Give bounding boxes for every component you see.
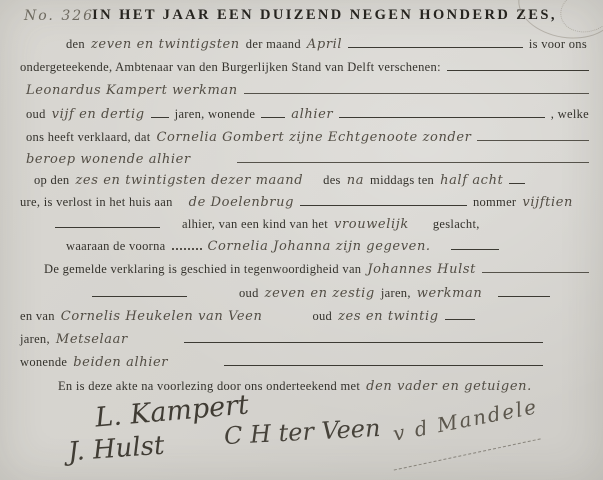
- handwritten-house-number: vijftien: [522, 195, 573, 210]
- handwritten-day: zeven en twintigsten: [91, 37, 240, 52]
- printed-text: middags ten: [370, 173, 434, 188]
- printed-text: wonende: [20, 355, 67, 370]
- printed-text: De gemelde verklaring is geschied in teg…: [44, 262, 361, 277]
- birth-house-line: ure, is verlost in het huis aan de Doele…: [20, 195, 573, 210]
- pen-squiggle: [172, 243, 202, 250]
- witness1-details-line: oud zeven en zestig jaren, werkman: [92, 286, 589, 301]
- witness2-line: en van Cornelis Heukelen van Veen oud ze…: [20, 309, 573, 324]
- printed-text: ure, is verlost in het huis aan: [20, 195, 173, 210]
- blank-rule: [224, 362, 543, 366]
- printed-text: geslacht,: [433, 217, 480, 232]
- handwritten-declarant-name: Leonardus Kampert werkman: [26, 83, 238, 98]
- child-names-line: waaraan de voorna Cornelia Johanna zijn …: [66, 239, 543, 254]
- blank-rule: [477, 137, 589, 141]
- handwritten-birth-date: zes en twintigsten dezer maand: [75, 173, 303, 188]
- birth-certificate-scan: No. 326 IN HET JAAR EEN DUIZEND NEGEN HO…: [0, 0, 603, 480]
- handwritten-month: April: [307, 37, 342, 52]
- handwritten-street: de Doelenbrug: [189, 195, 294, 210]
- printed-text: ons heeft verklaard, dat: [26, 130, 151, 145]
- handwritten-witness2-age: zes en twintig: [338, 309, 439, 324]
- handwritten-witness1-occupation: werkman: [417, 286, 483, 301]
- handwritten-closing: den vader en getuigen.: [366, 379, 532, 394]
- printed-text: en van: [20, 309, 55, 324]
- printed-text: jaren,: [381, 286, 411, 301]
- handwritten-gender: vrouwelijk: [334, 217, 409, 232]
- document-title: IN HET JAAR EEN DUIZEND NEGEN HONDERD ZE…: [0, 7, 603, 24]
- blank-rule: [509, 180, 525, 184]
- printed-text: , welke: [551, 107, 589, 122]
- blank-rule: [92, 293, 187, 297]
- blank-rule: [445, 316, 475, 320]
- printed-text: jaren,: [20, 332, 50, 347]
- handwritten-child-names: Cornelia Johanna zijn gegeven.: [208, 239, 431, 254]
- printed-text: des: [323, 173, 341, 188]
- blank-rule: [55, 224, 160, 228]
- declarant-line: Leonardus Kampert werkman: [26, 83, 589, 98]
- handwritten-witness1-name: Johannes Hulst: [367, 262, 476, 277]
- child-gender-line: alhier, van een kind van het vrouwelijk …: [55, 217, 519, 232]
- printed-text: jaren, wonende: [175, 107, 256, 122]
- mother-continuation-line: beroep wonende alhier: [26, 152, 589, 167]
- signature-witness1: J. Hulst: [67, 431, 165, 468]
- witness2-details-line: jaren, Metselaar: [20, 332, 543, 347]
- printed-text: oud: [312, 309, 332, 324]
- blank-rule: [498, 293, 550, 297]
- handwritten-witness2-occupation: Metselaar: [56, 332, 128, 347]
- declarant-age-line: oud vijf en dertig jaren, wonende alhier…: [26, 107, 589, 122]
- closing-line: En is deze akte na voorlezing door ons o…: [58, 379, 589, 394]
- handwritten-residence: alhier: [291, 107, 333, 122]
- official-line: ondergeteekende, Ambtenaar van den Burge…: [20, 60, 589, 75]
- printed-text: alhier, van een kind van het: [182, 217, 328, 232]
- printed-text: waaraan de voorna: [66, 239, 166, 254]
- blank-rule: [244, 90, 589, 94]
- handwritten-witnesses-residence: beiden alhier: [73, 355, 168, 370]
- handwritten-witness1-age: zeven en zestig: [265, 286, 375, 301]
- blank-rule: [451, 246, 499, 250]
- printed-text: oud: [239, 286, 259, 301]
- handwritten-age: vijf en dertig: [52, 107, 145, 122]
- blank-rule: [447, 67, 589, 71]
- printed-text: ondergeteekende, Ambtenaar van den Burge…: [20, 60, 441, 75]
- handwritten-mother-name: Cornelia Gombert zijne Echtgenoote zonde…: [157, 130, 472, 145]
- declaration-line: ons heeft verklaard, dat Cornelia Gomber…: [26, 130, 589, 145]
- blank-rule: [300, 202, 467, 206]
- blank-rule: [348, 44, 523, 48]
- printed-text: oud: [26, 107, 46, 122]
- blank-rule: [237, 159, 589, 163]
- printed-text: der maand: [246, 37, 301, 52]
- printed-text: den: [66, 37, 85, 52]
- handwritten-birth-hour: half acht: [440, 173, 503, 188]
- date-line: den zeven en twintigsten der maand April…: [66, 37, 587, 52]
- printed-text: nommer: [473, 195, 516, 210]
- handwritten-mother-residence: beroep wonende alhier: [26, 152, 191, 167]
- blank-rule: [184, 339, 543, 343]
- printed-text: op den: [34, 173, 69, 188]
- blank-rule: [261, 114, 285, 118]
- witness1-line: De gemelde verklaring is geschied in teg…: [44, 262, 589, 277]
- handwritten-witness2-name: Cornelis Heukelen van Veen: [61, 309, 263, 324]
- birth-time-line: op den zes en twintigsten dezer maand de…: [34, 173, 573, 188]
- handwritten-am-pm: na: [347, 173, 364, 188]
- residence-line: wonende beiden alhier: [20, 355, 543, 370]
- blank-rule: [151, 114, 169, 118]
- signature-registrar: v d Mandele: [391, 394, 540, 446]
- printed-text: is voor ons: [529, 37, 587, 52]
- blank-rule: [482, 269, 589, 273]
- blank-rule: [339, 114, 545, 118]
